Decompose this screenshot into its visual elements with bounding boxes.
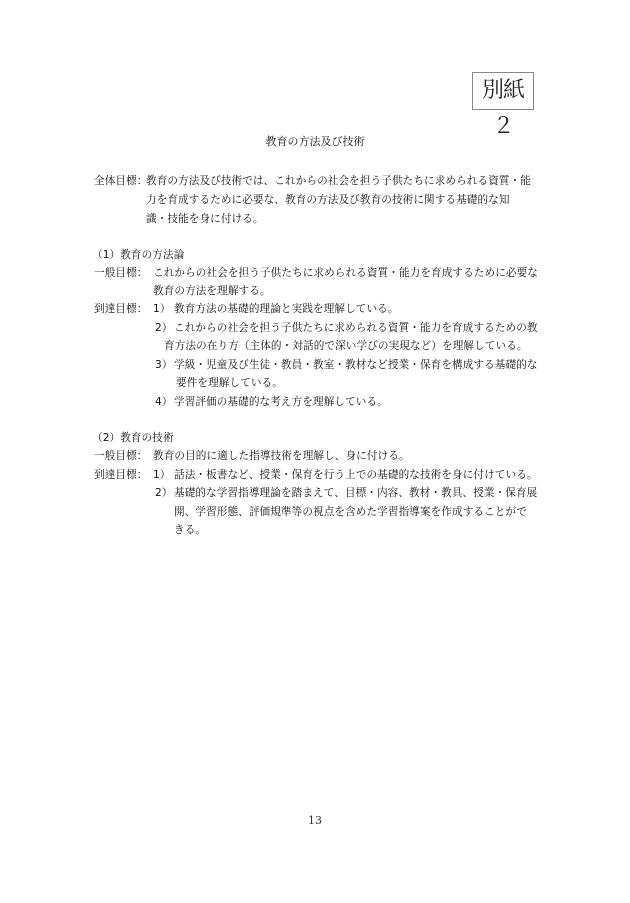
- general-goal-label: 一般目標：: [94, 448, 147, 464]
- achievement-item-line: 教育方法の基礎的理論と実践を理解している。: [174, 301, 399, 317]
- general-goal-line: 教育の目的に適した指導技術を理解し、身に付ける。: [153, 448, 410, 464]
- overall-goal-label: 全体目標：: [94, 173, 147, 189]
- general-goal-line: 教育の方法を理解する。: [153, 283, 271, 299]
- achievement-item-line: きる。: [174, 522, 206, 538]
- general-goal-line: これからの社会を担う子供たちに求められる資質・能力を育成するために必要な: [153, 265, 538, 281]
- achievement-item-line: 基礎的な学習指導理論を踏まえて、目標・内容、教材・教具、授業・保育展: [174, 485, 537, 501]
- achievement-item-line: 開、学習形態、評価規準等の視点を含めた学習指導案を作成することがで: [174, 504, 527, 520]
- achievement-item-line: 学習評価の基礎的な考え方を理解している。: [174, 394, 388, 410]
- item-number: 4）: [155, 394, 173, 410]
- section-heading: （1）教育の方法論: [92, 247, 184, 263]
- achievement-item-line: 話法・板書など、授業・保育を行う上での基礎的な技術を身に付けている。: [174, 467, 538, 483]
- achievement-item-line: これからの社会を担う子供たちに求められる資質・能力を育成するための教: [174, 320, 538, 336]
- item-number: 2）: [155, 485, 173, 501]
- overall-goal-line: 教育の方法及び技術では、これからの社会を担う子供たちに求められる資質・能: [146, 173, 531, 189]
- achievement-item-line: 育方法の在り方（主体的・対話的で深い学びの実現など）を理解している。: [164, 338, 528, 354]
- general-goal-label: 一般目標：: [94, 265, 147, 281]
- item-number: 2）: [155, 320, 173, 336]
- achievement-item-line: 学級・児童及び生徒・教員・教室・教材など授業・保育を構成する基礎的な: [174, 357, 538, 373]
- page-title: 教育の方法及び技術: [0, 134, 630, 150]
- document-page: 別紙２ 教育の方法及び技術 全体目標： 教育の方法及び技術では、これからの社会を…: [0, 0, 630, 903]
- overall-goal-line: 力を育成するために必要な、教育の方法及び教育の技術に関する基礎的な知: [146, 192, 510, 208]
- achievement-goal-label: 到達目標：: [94, 301, 147, 317]
- item-number: 1）: [153, 301, 171, 317]
- page-number: 13: [0, 814, 630, 827]
- overall-goal-line: 識・技能を身に付ける。: [146, 211, 264, 227]
- achievement-goal-label: 到達目標：: [94, 467, 147, 483]
- item-number: 3）: [155, 357, 173, 373]
- achievement-item-line: 要件を理解している。: [176, 375, 283, 391]
- item-number: 1）: [153, 467, 171, 483]
- section-heading: （2）教育の技術: [92, 430, 174, 446]
- attachment-label-box: 別紙２: [472, 72, 534, 110]
